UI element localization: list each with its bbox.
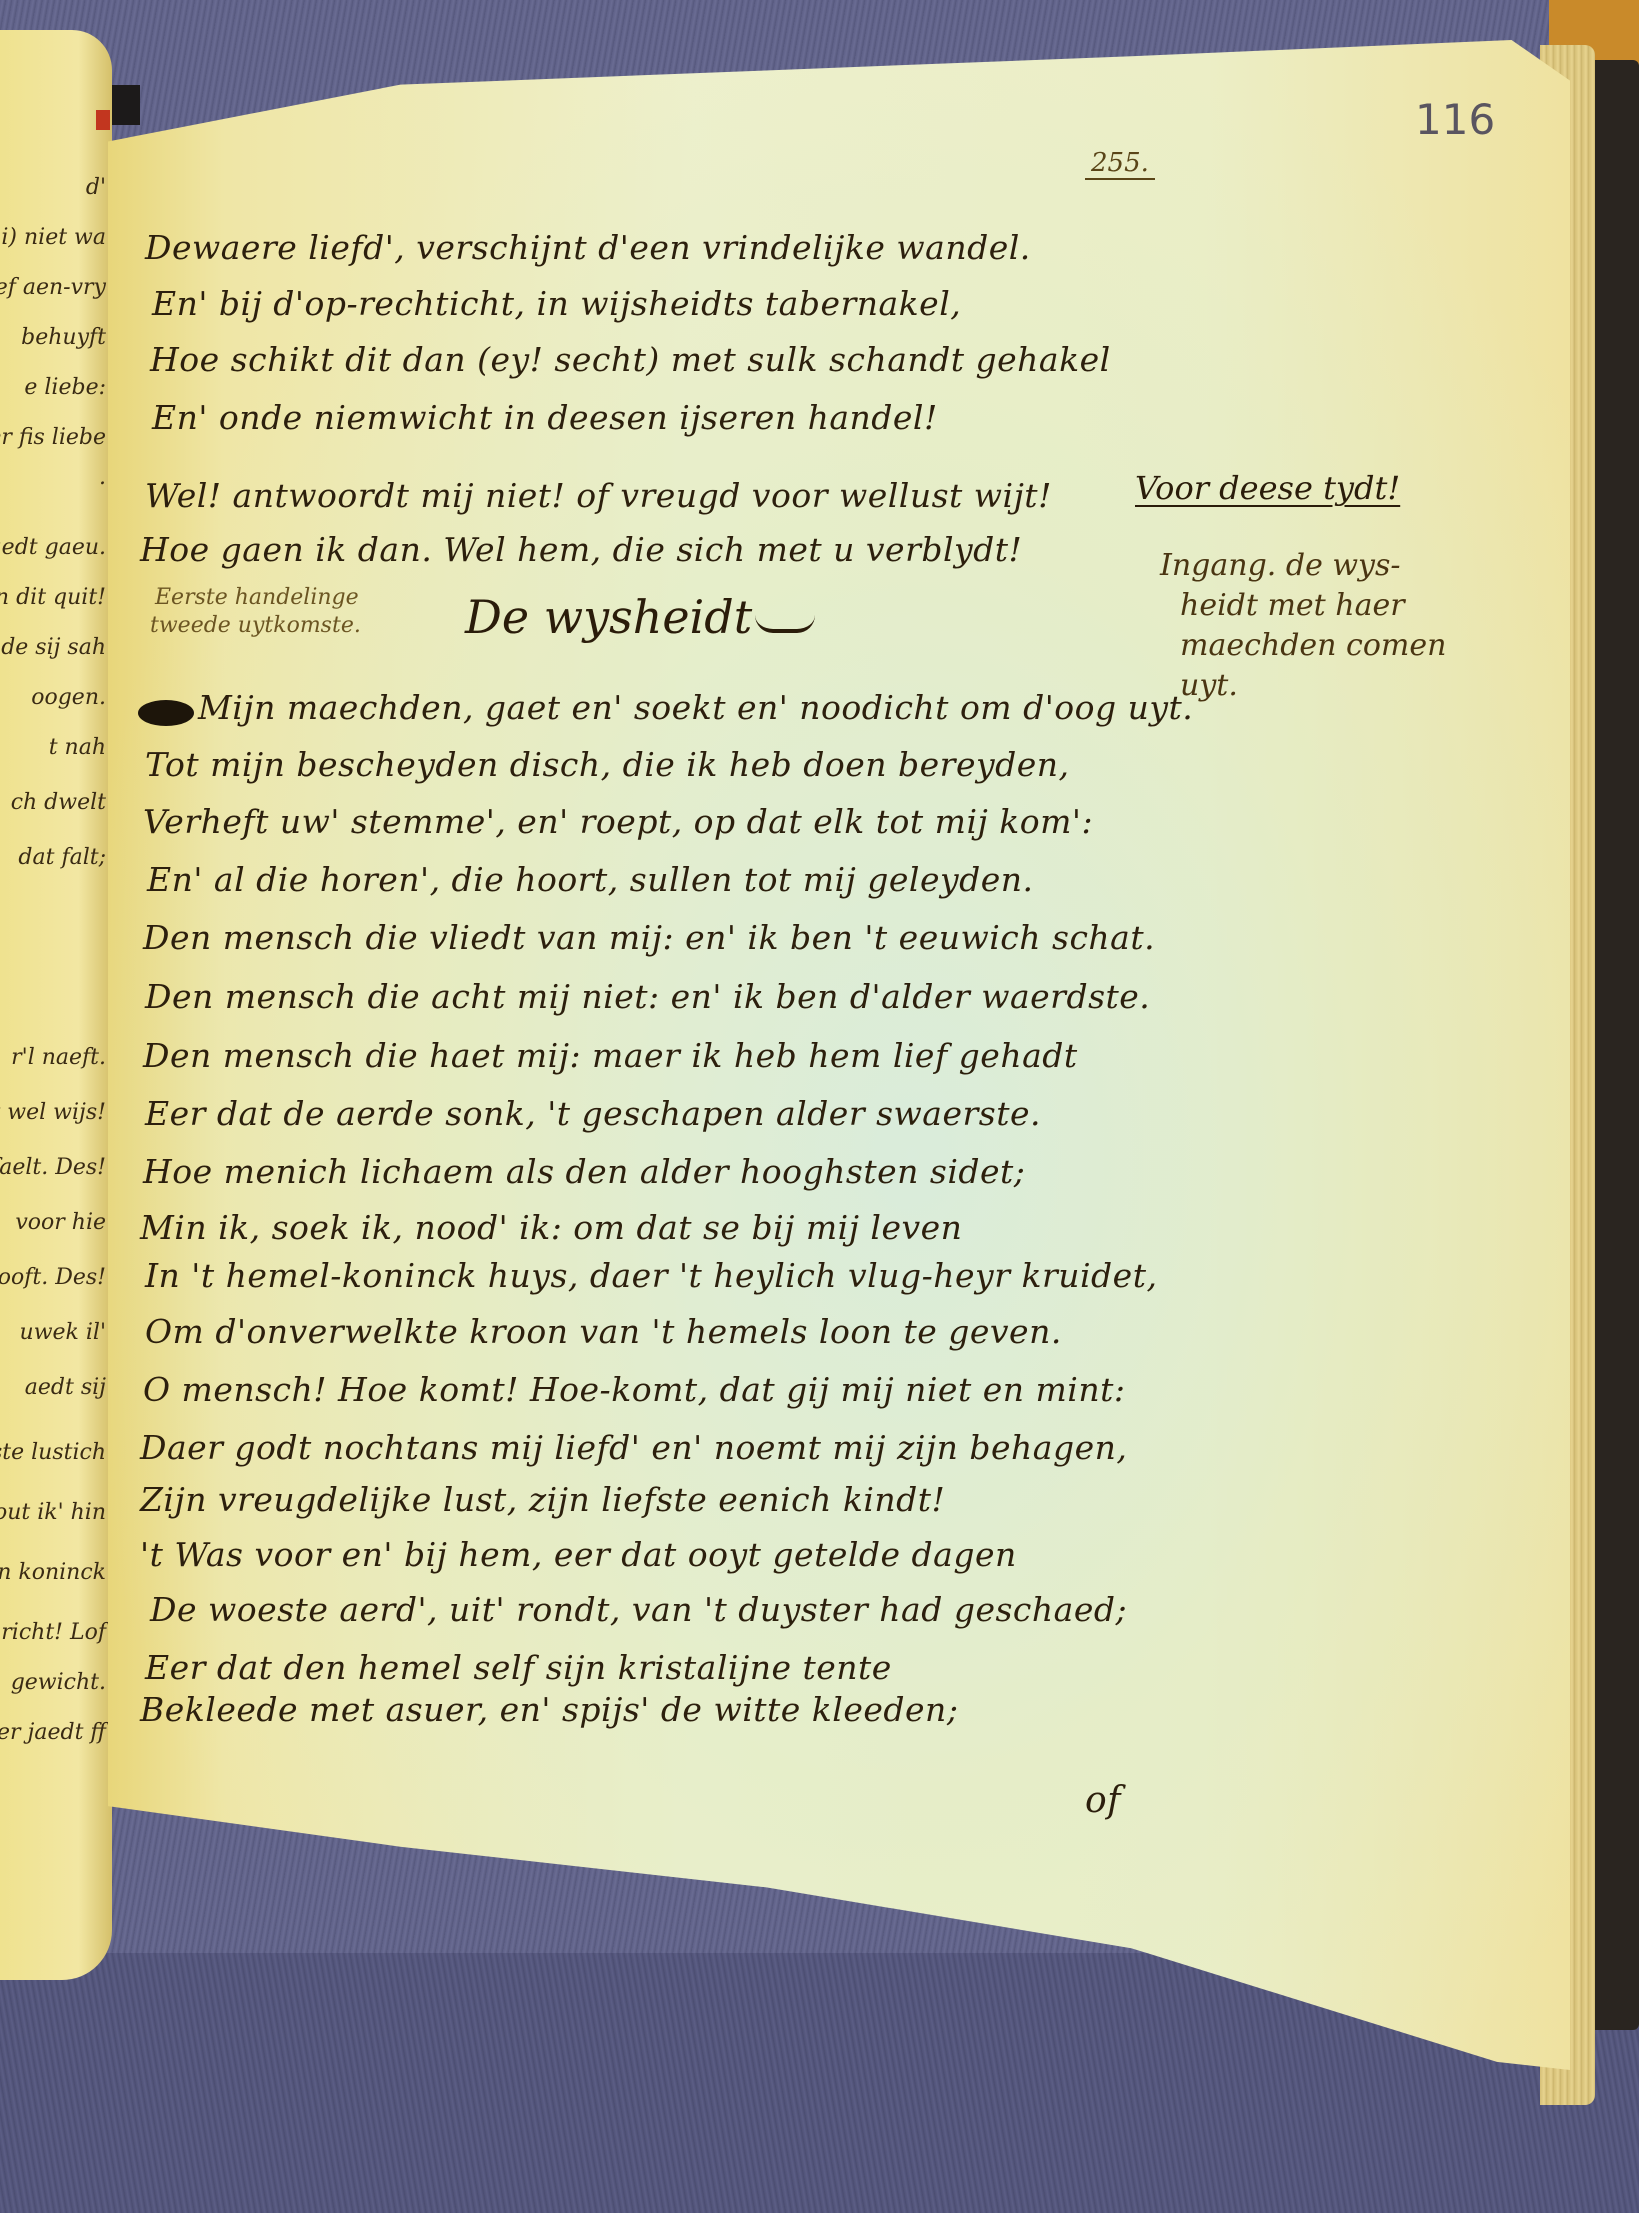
- left-fragment: oogen.: [31, 685, 106, 710]
- left-fragment: sout ik' hin: [0, 1500, 106, 1525]
- marginal-note-line: maechden comen: [1180, 628, 1446, 664]
- marginal-note-heading: Voor deese tydt!: [1135, 470, 1400, 506]
- left-page: d' i) niet wa ef aen-vry behuyft e liebe…: [0, 30, 112, 1980]
- left-fragment: .: [99, 465, 106, 490]
- marginal-note-line: Ingang. de wys-: [1160, 548, 1401, 584]
- left-fragment: ste lustich: [0, 1440, 106, 1465]
- verse-line: Den mensch die haet mij: maer ik heb hem…: [143, 1036, 1078, 1075]
- left-fragment: i) niet wa: [1, 225, 106, 250]
- verse-line: Eer dat de aerde sonk, 't geschapen alde…: [145, 1094, 1041, 1133]
- verse-line: De woeste aerd', uit' rondt, van 't duys…: [150, 1590, 1127, 1629]
- left-fragment: d': [86, 175, 106, 200]
- verse-line: Tot mijn bescheyden disch, die ik heb do…: [145, 745, 1070, 784]
- verse-line: Bekleede met asuer, en' spijs' de witte …: [140, 1690, 958, 1729]
- left-fragment: aedt sij: [25, 1375, 106, 1400]
- verse-line: En' al die horen', die hoort, sullen tot…: [147, 860, 1034, 899]
- left-fragment: ch dwelt: [11, 790, 106, 815]
- left-fragment: waer jaedt ff: [0, 1720, 106, 1745]
- verse-line: Dewaere liefd', verschijnt d'een vrindel…: [145, 228, 1031, 267]
- page-number: 255.: [1085, 148, 1155, 180]
- left-fragment: t nah: [49, 735, 106, 760]
- drop-cap-flourish: [138, 700, 194, 726]
- left-fragment: dat falt;: [18, 845, 106, 870]
- left-fragment: faelt. Des!: [0, 1155, 106, 1180]
- left-fragment: voor hie: [15, 1210, 106, 1235]
- verse-line: Hoe schikt dit dan (ey! secht) met sulk …: [150, 340, 1111, 379]
- left-fragment: aedt gaeu.: [0, 535, 106, 560]
- section-title: De wysheidt: [465, 590, 752, 644]
- verse-line: En' bij d'op-rechticht, in wijsheidts ta…: [152, 284, 961, 323]
- left-fragment: richt! Lof: [1, 1620, 106, 1645]
- verse-line: Hoe menich lichaem als den alder hooghst…: [143, 1152, 1025, 1191]
- left-fragment: r'l naeft.: [11, 1045, 106, 1070]
- left-fragment: t wel wijs!: [0, 1100, 106, 1125]
- verse-line: En' onde niemwicht in deesen ijseren han…: [152, 398, 938, 437]
- left-fragment: r gelooft. Des!: [0, 1265, 106, 1290]
- left-fragment: en koninck: [0, 1560, 106, 1585]
- verse-line: 't Was voor en' bij hem, eer dat ooyt ge…: [140, 1535, 1017, 1574]
- verse-line: In 't hemel-koninck huys, daer 't heylic…: [145, 1256, 1157, 1295]
- binding-red-thread: [96, 110, 110, 130]
- stage-direction: tweede uytkomste.: [150, 613, 361, 639]
- left-fragment: ef aen-vry: [0, 275, 106, 300]
- verse-line: Hoe gaen ik dan. Wel hem, die sich met u…: [140, 530, 1022, 569]
- catchword: of: [1085, 1780, 1121, 1821]
- verse-line: Om d'onverwelkte kroon van 't hemels loo…: [145, 1312, 1062, 1351]
- verse-line: Mijn maechden, gaet en' soekt en' noodic…: [198, 688, 1193, 727]
- left-fragment: en dit quit!: [0, 585, 106, 610]
- left-fragment: gewicht.: [11, 1670, 106, 1695]
- verse-line: Min ik, soek ik, nood' ik: om dat se bij…: [140, 1208, 962, 1247]
- left-fragment: de sij sah: [1, 635, 106, 660]
- verse-line: Eer dat den hemel self sijn kristalijne …: [145, 1648, 892, 1687]
- folio-number: 116: [1415, 95, 1495, 144]
- left-fragment: uwek il': [20, 1320, 106, 1345]
- verse-line: Daer godt nochtans mij liefd' en' noemt …: [140, 1428, 1127, 1467]
- verse-line: Wel! antwoordt mij niet! of vreugd voor …: [145, 476, 1052, 515]
- left-fragment: behuyft: [21, 325, 106, 350]
- verse-line: O mensch! Hoe komt! Hoe-komt, dat gij mi…: [143, 1370, 1125, 1409]
- left-fragment: e liebe:: [24, 375, 106, 400]
- verse-line: Zijn vreugdelijke lust, zijn liefste een…: [140, 1480, 945, 1519]
- verse-line: Verheft uw' stemme', en' roept, op dat e…: [143, 802, 1093, 841]
- verse-line: Den mensch die acht mij niet: en' ik ben…: [145, 977, 1150, 1016]
- title-flourish: [755, 615, 815, 633]
- marginal-note-line: heidt met haer: [1180, 588, 1405, 624]
- verse-line: Den mensch die vliedt van mij: en' ik be…: [143, 918, 1155, 957]
- stage-direction: Eerste handelinge: [155, 585, 359, 611]
- left-fragment: Daer fis liebe: [0, 425, 106, 450]
